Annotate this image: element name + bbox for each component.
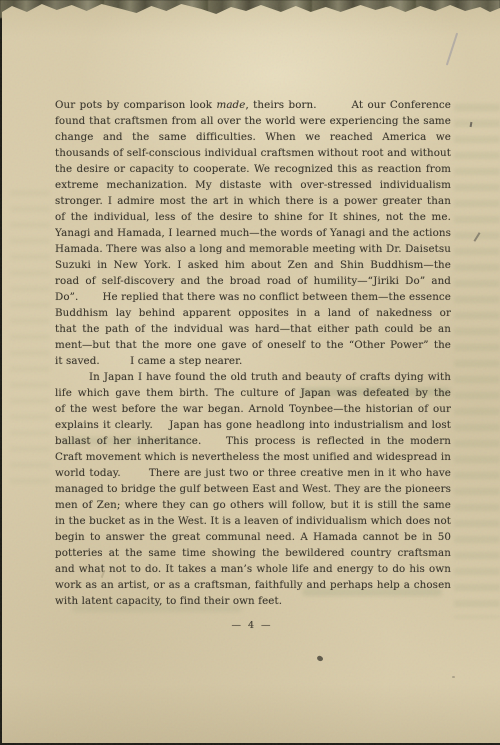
page-text: Our pots by comparison look made, theirs… xyxy=(55,97,451,609)
text-line: In Japan I have found the old truth and … xyxy=(55,369,451,385)
bleed-through-artifact xyxy=(10,190,50,490)
text-line: that the path of the indvidual was hard—… xyxy=(55,321,451,337)
text-line: men of Zen; where they can go others wil… xyxy=(55,497,451,513)
text-line: begin to answer the great communal need.… xyxy=(55,529,451,545)
text-line: ment—but that the more one gave of onese… xyxy=(55,337,451,353)
text-line: with latent capacity, to find their own … xyxy=(55,593,451,609)
text-segment: Our pots by comparison look xyxy=(55,99,216,111)
text-line: work as an artist, or as a craftsman, fa… xyxy=(55,577,451,593)
ink-speck-artifact xyxy=(316,655,324,663)
text-line: of the west before the war began. Arnold… xyxy=(55,401,451,417)
text-line: life which gave them birth. The culture … xyxy=(55,385,451,401)
text-line: it saved. I came a step nearer. xyxy=(55,353,451,369)
text-line: Yanagi and Hamada, I learned much—the wo… xyxy=(55,225,451,241)
italic-text-segment: made xyxy=(216,99,245,111)
text-line: extreme mechanization. My distaste with … xyxy=(55,177,451,193)
scanned-page-screenshot: { "page": { "folio": "— 4 —", "paper_col… xyxy=(0,0,500,745)
speck-artifact xyxy=(470,122,473,127)
speck-artifact xyxy=(452,676,455,678)
text-line: Our pots by comparison look made, theirs… xyxy=(55,97,451,113)
fiber-artifact xyxy=(446,33,458,66)
text-line: world today. There are just two or three… xyxy=(55,465,451,481)
text-line: Craft movement which is nevertheless the… xyxy=(55,449,451,465)
text-line: and what not to do. It takes a man’s who… xyxy=(55,561,451,577)
text-line: stronger. I admire most the art in which… xyxy=(55,193,451,209)
text-line: ballast of her inheritance. This process… xyxy=(55,433,451,449)
text-line: in the bucket as in the West. It is a le… xyxy=(55,513,451,529)
text-line: change and the same difficulties. When w… xyxy=(55,129,451,145)
text-line: Do”. He replied that there was no confli… xyxy=(55,289,451,305)
scratch-artifact xyxy=(474,232,481,242)
text-line: road of self-discovery and the broad roa… xyxy=(55,273,451,289)
text-line: Hamada. There was also a long and memora… xyxy=(55,241,451,257)
text-line: thousands of self-conscious individual c… xyxy=(55,145,451,161)
text-line: explains it clearly. Japan has gone head… xyxy=(55,417,451,433)
text-line: found that craftsmen from all over the w… xyxy=(55,113,451,129)
text-line: managed to bridge the gulf between East … xyxy=(55,481,451,497)
paper-sheet: Our pots by comparison look made, theirs… xyxy=(2,0,500,743)
text-line: potteries at the same time showing the b… xyxy=(55,545,451,561)
text-line: the desire or capacity to cooperate. We … xyxy=(55,161,451,177)
text-line: Suzuki in New York. I asked him about Ze… xyxy=(55,257,451,273)
text-line: of the individual, less of the desire to… xyxy=(55,209,451,225)
bleed-through-artifact xyxy=(454,104,500,618)
page-number: — 4 — xyxy=(2,620,500,631)
text-line: Buddhism lay behind apparent opposites i… xyxy=(55,305,451,321)
